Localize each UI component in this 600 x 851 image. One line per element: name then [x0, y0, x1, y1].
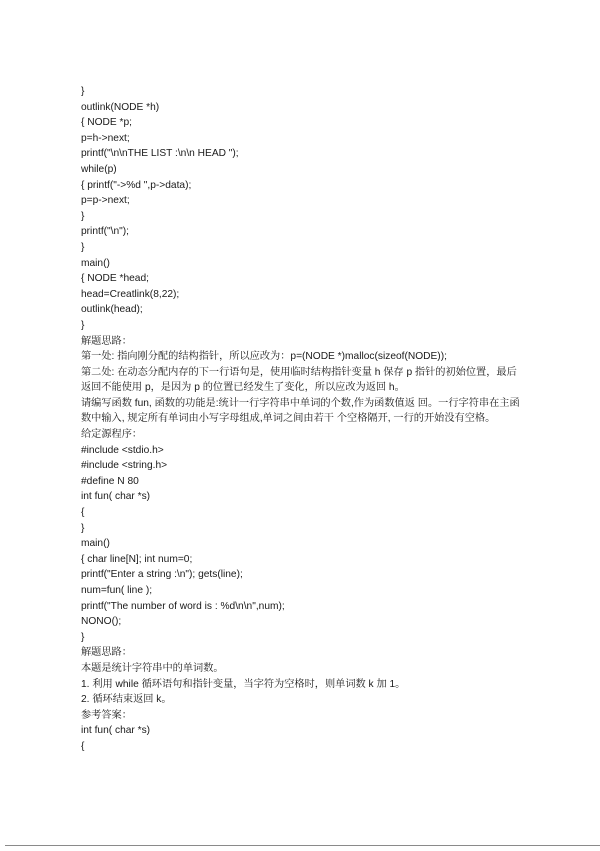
code-line: main() — [81, 536, 521, 552]
code-line: p=h->next; — [81, 131, 521, 147]
code-line: { NODE *head; — [81, 271, 521, 287]
code-line: printf("\n"); — [81, 224, 521, 240]
code-line: while(p) — [81, 162, 521, 178]
document-page: } outlink(NODE *h) { NODE *p; p=h->next;… — [0, 0, 600, 851]
code-line: num=fun( line ); — [81, 583, 521, 599]
code-line: } — [81, 318, 521, 334]
code-line: outlink(head); — [81, 302, 521, 318]
code-line: } — [81, 521, 521, 537]
code-block-outlink-main: } outlink(NODE *h) { NODE *p; p=h->next;… — [81, 84, 521, 334]
code-line: #define N 80 — [81, 474, 521, 490]
code-line: #include <stdio.h> — [81, 443, 521, 459]
solution-step: 1. 利用 while 循环语句和指针变量，当字符为空格时，则单词数 k 加 1… — [81, 677, 521, 693]
code-line: } — [81, 630, 521, 646]
code-block-fun-source: #include <stdio.h> #include <string.h> #… — [81, 443, 521, 646]
code-line: p=p->next; — [81, 193, 521, 209]
code-line: } — [81, 209, 521, 225]
solution-intro: 本题是统计字符串中的单词数。 — [81, 661, 521, 677]
code-line: } — [81, 84, 521, 100]
code-line: #include <string.h> — [81, 458, 521, 474]
code-line: } — [81, 240, 521, 256]
code-line: printf("The number of word is : %d\n\n",… — [81, 599, 521, 615]
question-text: 请编写函数 fun, 函数的功能是:统计一行字符串中单词的个数,作为函数值返 回… — [81, 396, 521, 427]
solution-heading: 解题思路： — [81, 645, 521, 661]
code-line: outlink(NODE *h) — [81, 100, 521, 116]
fix-one-text: 第一处: 指向刚分配的结构指针，所以应改为：p=(NODE *)malloc(s… — [81, 349, 521, 365]
code-line: main() — [81, 256, 521, 272]
code-line: printf("Enter a string :\n"); gets(line)… — [81, 567, 521, 583]
code-line: { — [81, 739, 521, 755]
code-line: NONO(); — [81, 614, 521, 630]
solution-step: 2. 循环结束返回 k。 — [81, 692, 521, 708]
code-line: printf("\n\nTHE LIST :\n\n HEAD "); — [81, 146, 521, 162]
answer-heading: 参考答案： — [81, 708, 521, 724]
code-line: { printf("->%d ",p->data); — [81, 178, 521, 194]
fix-two-text: 第二处: 在动态分配内存的下一行语句是，使用临时结构指针变量 h 保存 p 指针… — [81, 365, 521, 396]
code-line: head=Creatlink(8,22); — [81, 287, 521, 303]
page-bottom-divider — [5, 845, 600, 846]
document-body: } outlink(NODE *h) { NODE *p; p=h->next;… — [81, 84, 521, 755]
code-line: { — [81, 505, 521, 521]
source-heading: 给定源程序： — [81, 427, 521, 443]
code-block-answer: int fun( char *s) { — [81, 723, 521, 754]
code-line: { NODE *p; — [81, 115, 521, 131]
code-line: int fun( char *s) — [81, 489, 521, 505]
code-line: int fun( char *s) — [81, 723, 521, 739]
code-line: { char line[N]; int num=0; — [81, 552, 521, 568]
solution-heading: 解题思路： — [81, 334, 521, 350]
